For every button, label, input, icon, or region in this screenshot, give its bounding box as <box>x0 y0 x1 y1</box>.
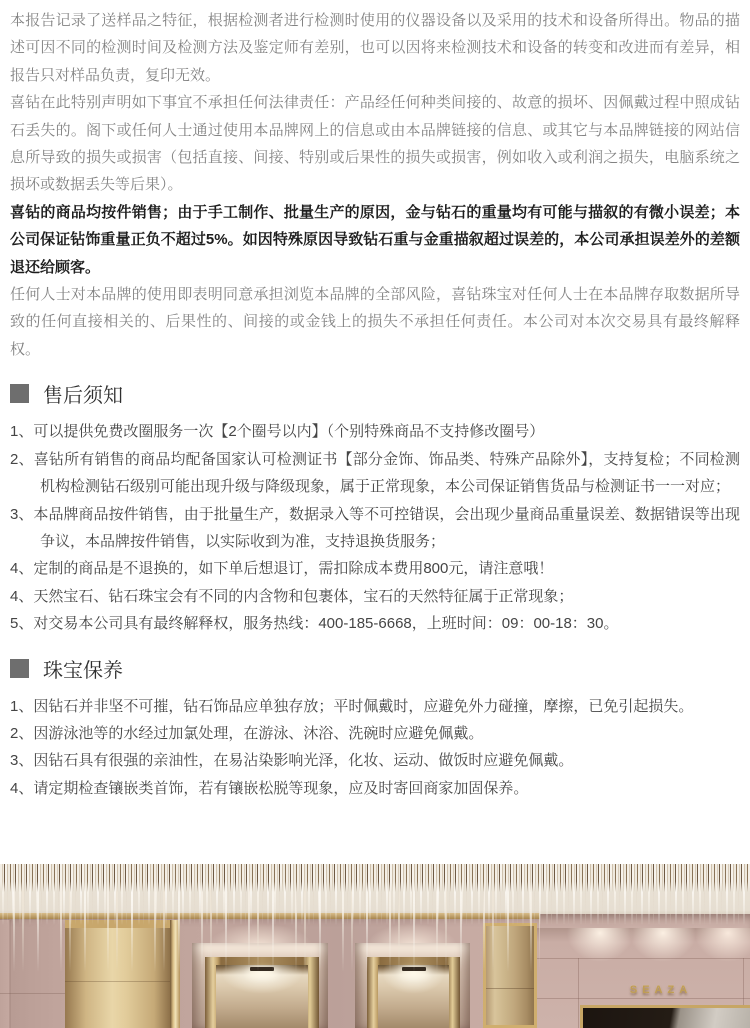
list-item: 3、因钻石具有很强的亲油性，在易沾染影响光泽，化妆、运动、做饭时应避免佩戴。 <box>10 747 740 774</box>
liability-disclaimer-paragraph: 喜钻在此特别声明如下事宜不承担任何法律责任：产品经任何种类间接的、故意的损坏、因… <box>10 89 740 199</box>
jewelry-care-heading: 珠宝保养 <box>10 654 740 683</box>
list-item: 2、因游泳池等的水经过加氯处理，在游泳、沐浴、洗碗时应避免佩戴。 <box>10 720 740 747</box>
list-item: 4、天然宝石、钻石珠宝会有不同的内含物和包裹体，宝石的天然特征属于正常现象； <box>10 583 740 610</box>
brand-sign: SEAZA <box>596 984 726 1000</box>
list-item: 1、因钻石并非坚不可摧，钻石饰品应单独存放；平时佩戴时，应避免外力碰撞，摩擦，已… <box>10 693 740 720</box>
wall-panel-joint <box>578 958 579 1028</box>
after-sales-heading: 售后须知 <box>10 379 740 408</box>
list-item: 4、定制的商品是不退换的，如下单后想退订，需扣除成本费用800元，请注意哦！ <box>10 555 740 582</box>
wall-panel-joint <box>537 958 750 959</box>
notes-content: 本报告记录了送样品之特征，根据检测者进行检测时使用的仪器设备以及采用的技术和设备… <box>0 0 750 802</box>
store-interior-photo: SEAZA <box>0 864 750 1028</box>
weight-tolerance-paragraph: 喜钻的商品均按件销售；由于手工制作、批量生产的原因，金与钻石的重量均有可能与描叙… <box>10 199 740 281</box>
chandelier-crystal-band <box>0 864 750 892</box>
jewelry-care-list: 1、因钻石并非坚不可摧，钻石饰品应单独存放；平时佩戴时，应避免外力碰撞，摩擦，已… <box>10 693 740 803</box>
risk-acceptance-paragraph: 任何人士对本品牌的使用即表明同意承担浏览本品牌的全部风险，喜钻珠宝对任何人士在本… <box>10 281 740 363</box>
after-sales-title: 售后须知 <box>43 379 123 408</box>
section-bullet-square-icon <box>10 659 29 678</box>
list-item: 2、喜钻所有销售的商品均配备国家认可检测证书【部分金饰、饰品类、特殊产品除外】，… <box>10 446 740 501</box>
report-disclaimer-paragraph: 本报告记录了送样品之特征，根据检测者进行检测时使用的仪器设备以及采用的技术和设备… <box>10 7 740 89</box>
list-item: 1、可以提供免费改圈服务一次【2个圈号以内】（个别特殊商品不支持修改圈号） <box>10 418 740 445</box>
jewelry-care-title: 珠宝保养 <box>43 654 123 683</box>
list-item: 5、对交易本公司具有最终解释权，服务热线：400-185-6668，上班时间：0… <box>10 610 740 637</box>
wall-display-case <box>580 1005 750 1028</box>
section-bullet-square-icon <box>10 384 29 403</box>
list-item: 4、请定期检查镶嵌类首饰，若有镶嵌松脱等现象，应及时寄回商家加固保养。 <box>10 775 740 802</box>
list-item: 3、本品牌商品按件销售，由于批量生产，数据录入等不可控错误，会出现少量商品重量误… <box>10 501 740 556</box>
after-sales-list: 1、可以提供免费改圈服务一次【2个圈号以内】（个别特殊商品不支持修改圈号） 2、… <box>10 418 740 637</box>
product-detail-page: 本报告记录了送样品之特征，根据检测者进行检测时使用的仪器设备以及采用的技术和设备… <box>0 0 750 1028</box>
